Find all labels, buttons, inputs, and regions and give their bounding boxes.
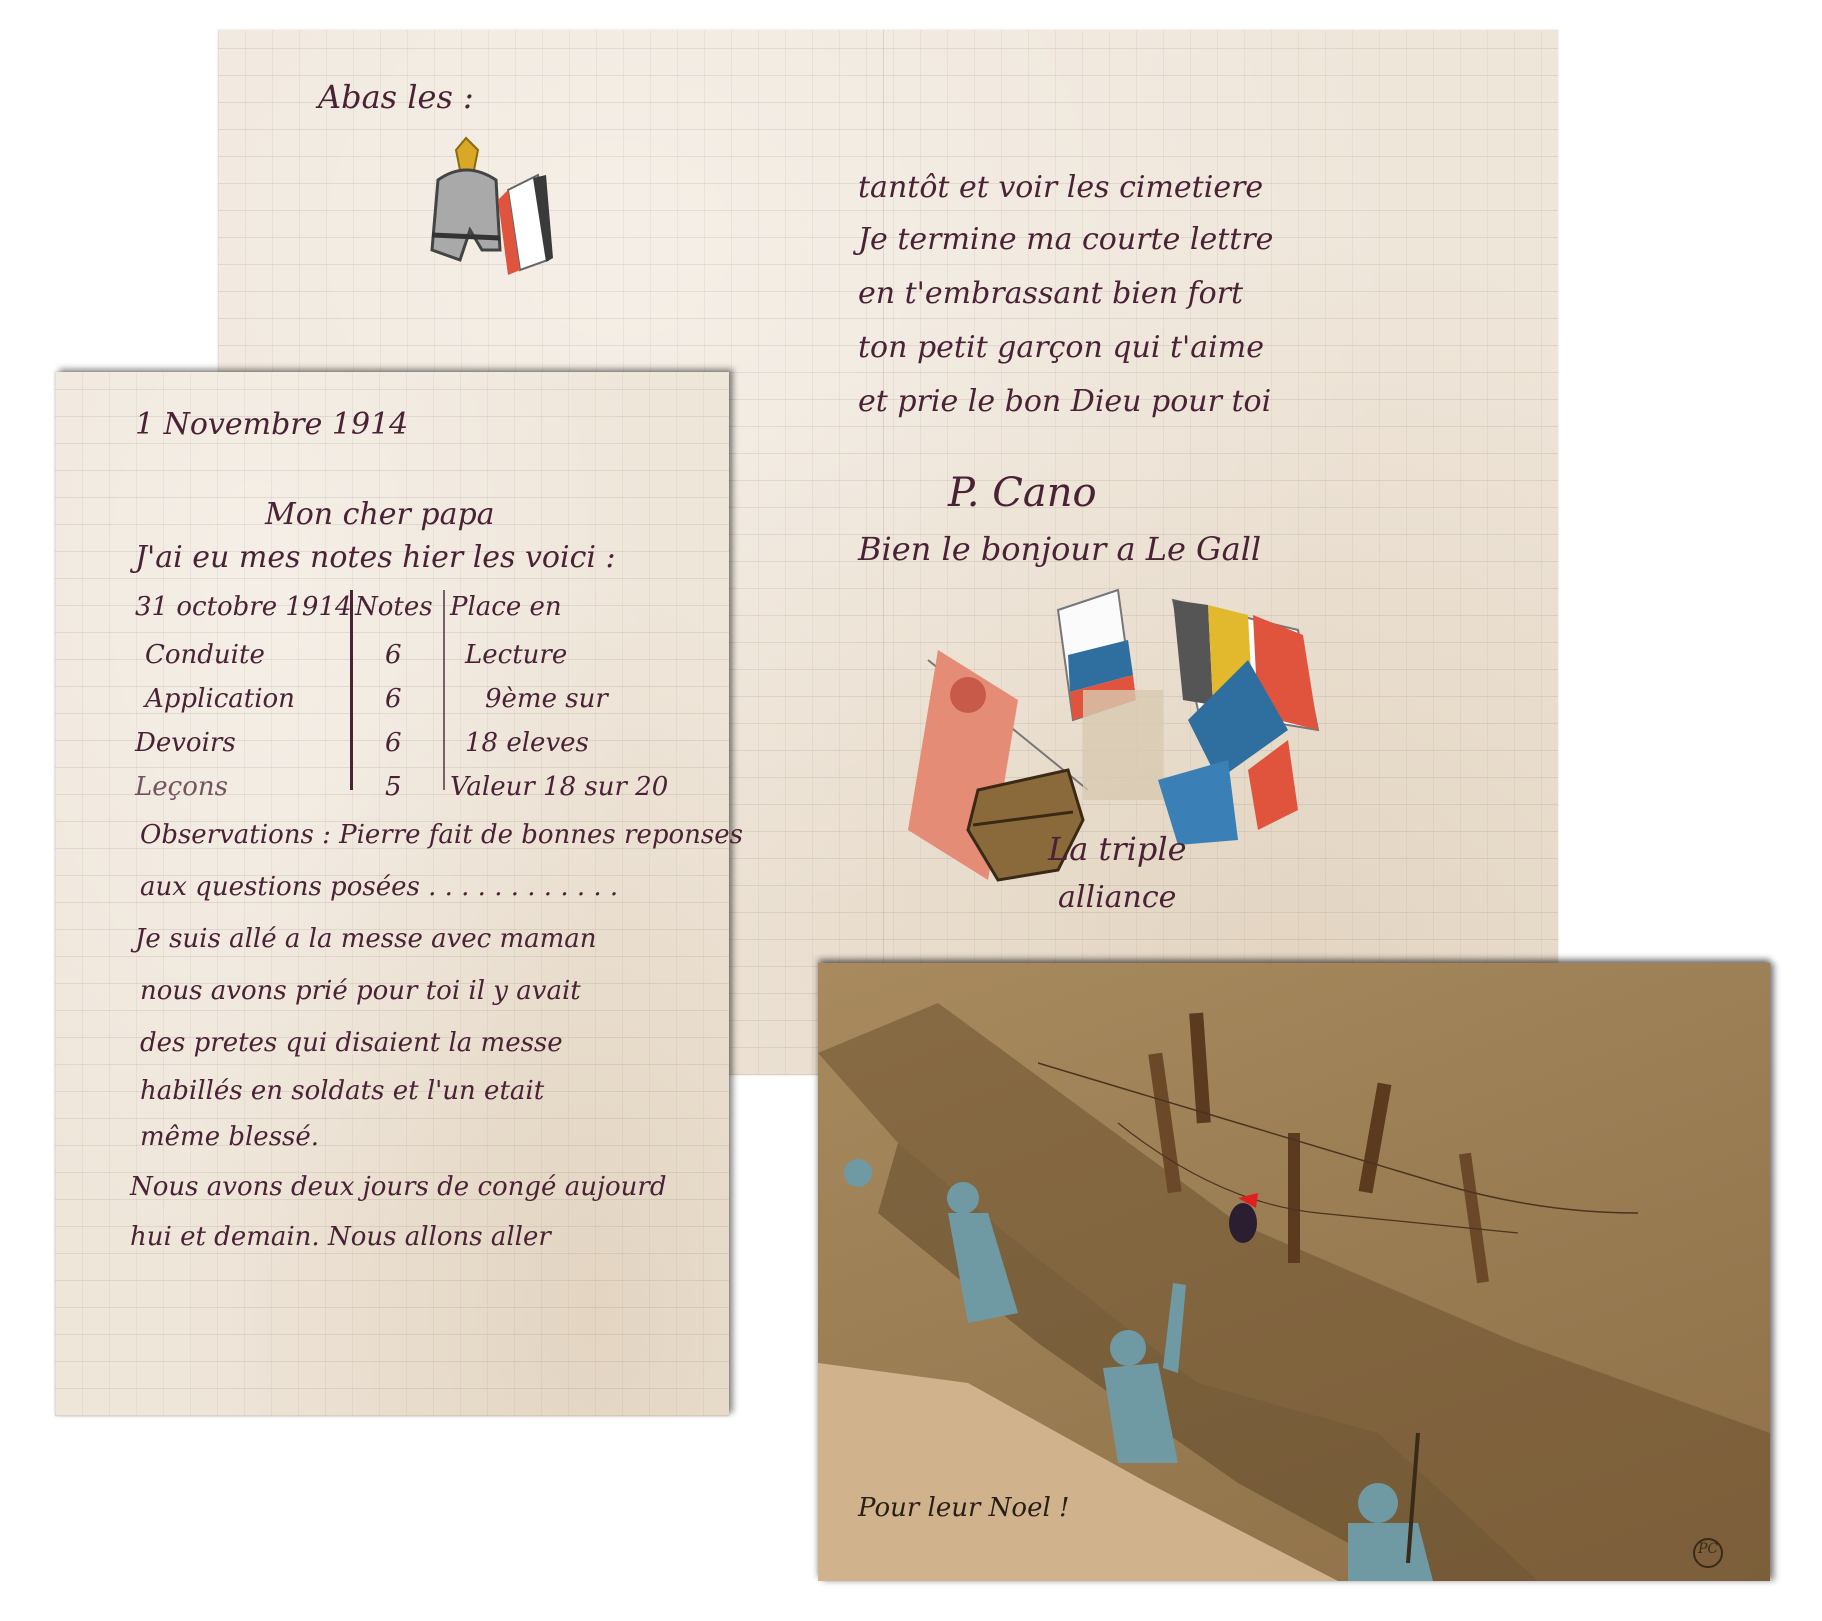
grade-place-4: Valeur 18 sur 20 [450, 772, 668, 802]
salutation: Mon cher papa [265, 497, 495, 532]
watercolor-postcard: Pour leur Noel ! PC [818, 963, 1770, 1581]
letter-line-3: en t'embrassant bien fort [858, 276, 1243, 311]
table-divider-1 [350, 590, 353, 790]
postcard-caption: Pour leur Noel ! [858, 1493, 1070, 1523]
grade-place-1: Lecture [465, 640, 567, 670]
grade-subject-2: Application [145, 684, 295, 714]
pickelhaube-flag-drawing [408, 130, 578, 305]
drawing-caption-1: La triple [1048, 830, 1187, 868]
body-line-1: Je suis allé a la messe avec maman [135, 924, 597, 954]
body-line-6: Nous avons deux jours de congé aujourd [130, 1172, 666, 1202]
body-line-7: hui et demain. Nous allons aller [130, 1222, 551, 1252]
letter-date: 1 Novembre 1914 [135, 407, 408, 442]
artist-monogram: PC [1698, 1541, 1718, 1557]
letter-line-4: ton petit garçon qui t'aime [858, 330, 1264, 365]
table-notes-header: Notes [355, 592, 433, 622]
grade-subject-3: Devoirs [135, 728, 236, 758]
signature: P. Cano [948, 470, 1097, 516]
grade-note-4: 5 [385, 772, 402, 802]
postscript: Bien le bonjour a Le Gall [858, 530, 1261, 568]
observations-line-1: Observations : Pierre fait de bonnes rep… [140, 820, 743, 850]
trench-scene-illustration [818, 963, 1770, 1581]
grade-note-1: 6 [385, 640, 402, 670]
intro-line: J'ai eu mes notes hier les voici : [135, 540, 616, 575]
letter-line-5: et prie le bon Dieu pour toi [858, 384, 1271, 419]
grade-note-3: 6 [385, 728, 402, 758]
letter-line-1: tantôt et voir les cimetiere [858, 170, 1263, 205]
grade-subject-1: Conduite [145, 640, 265, 670]
body-line-3: des pretes qui disaient la messe [140, 1028, 563, 1058]
body-line-2: nous avons prié pour toi il y avait [140, 976, 581, 1006]
grade-subject-4: Leçons [135, 772, 228, 802]
grade-place-3: 18 eleves [465, 728, 589, 758]
observations-line-2: aux questions posées . . . . . . . . . .… [140, 872, 618, 902]
body-line-5: même blessé. [140, 1122, 319, 1152]
drawing-caption-2: alliance [1058, 880, 1176, 915]
left-letter-page: 1 Novembre 1914 Mon cher papa J'ai eu me… [55, 372, 729, 1416]
table-place-header: Place en [450, 592, 562, 622]
abas-les-heading: Abas les : [318, 78, 474, 116]
letter-line-2: Je termine ma courte lettre [858, 222, 1273, 257]
grade-note-2: 6 [385, 684, 402, 714]
table-divider-2 [443, 590, 445, 790]
grade-place-2: 9ème sur [485, 684, 608, 714]
body-line-4: habillés en soldats et l'un etait [140, 1076, 544, 1106]
table-date-header: 31 octobre 1914 [135, 592, 352, 622]
